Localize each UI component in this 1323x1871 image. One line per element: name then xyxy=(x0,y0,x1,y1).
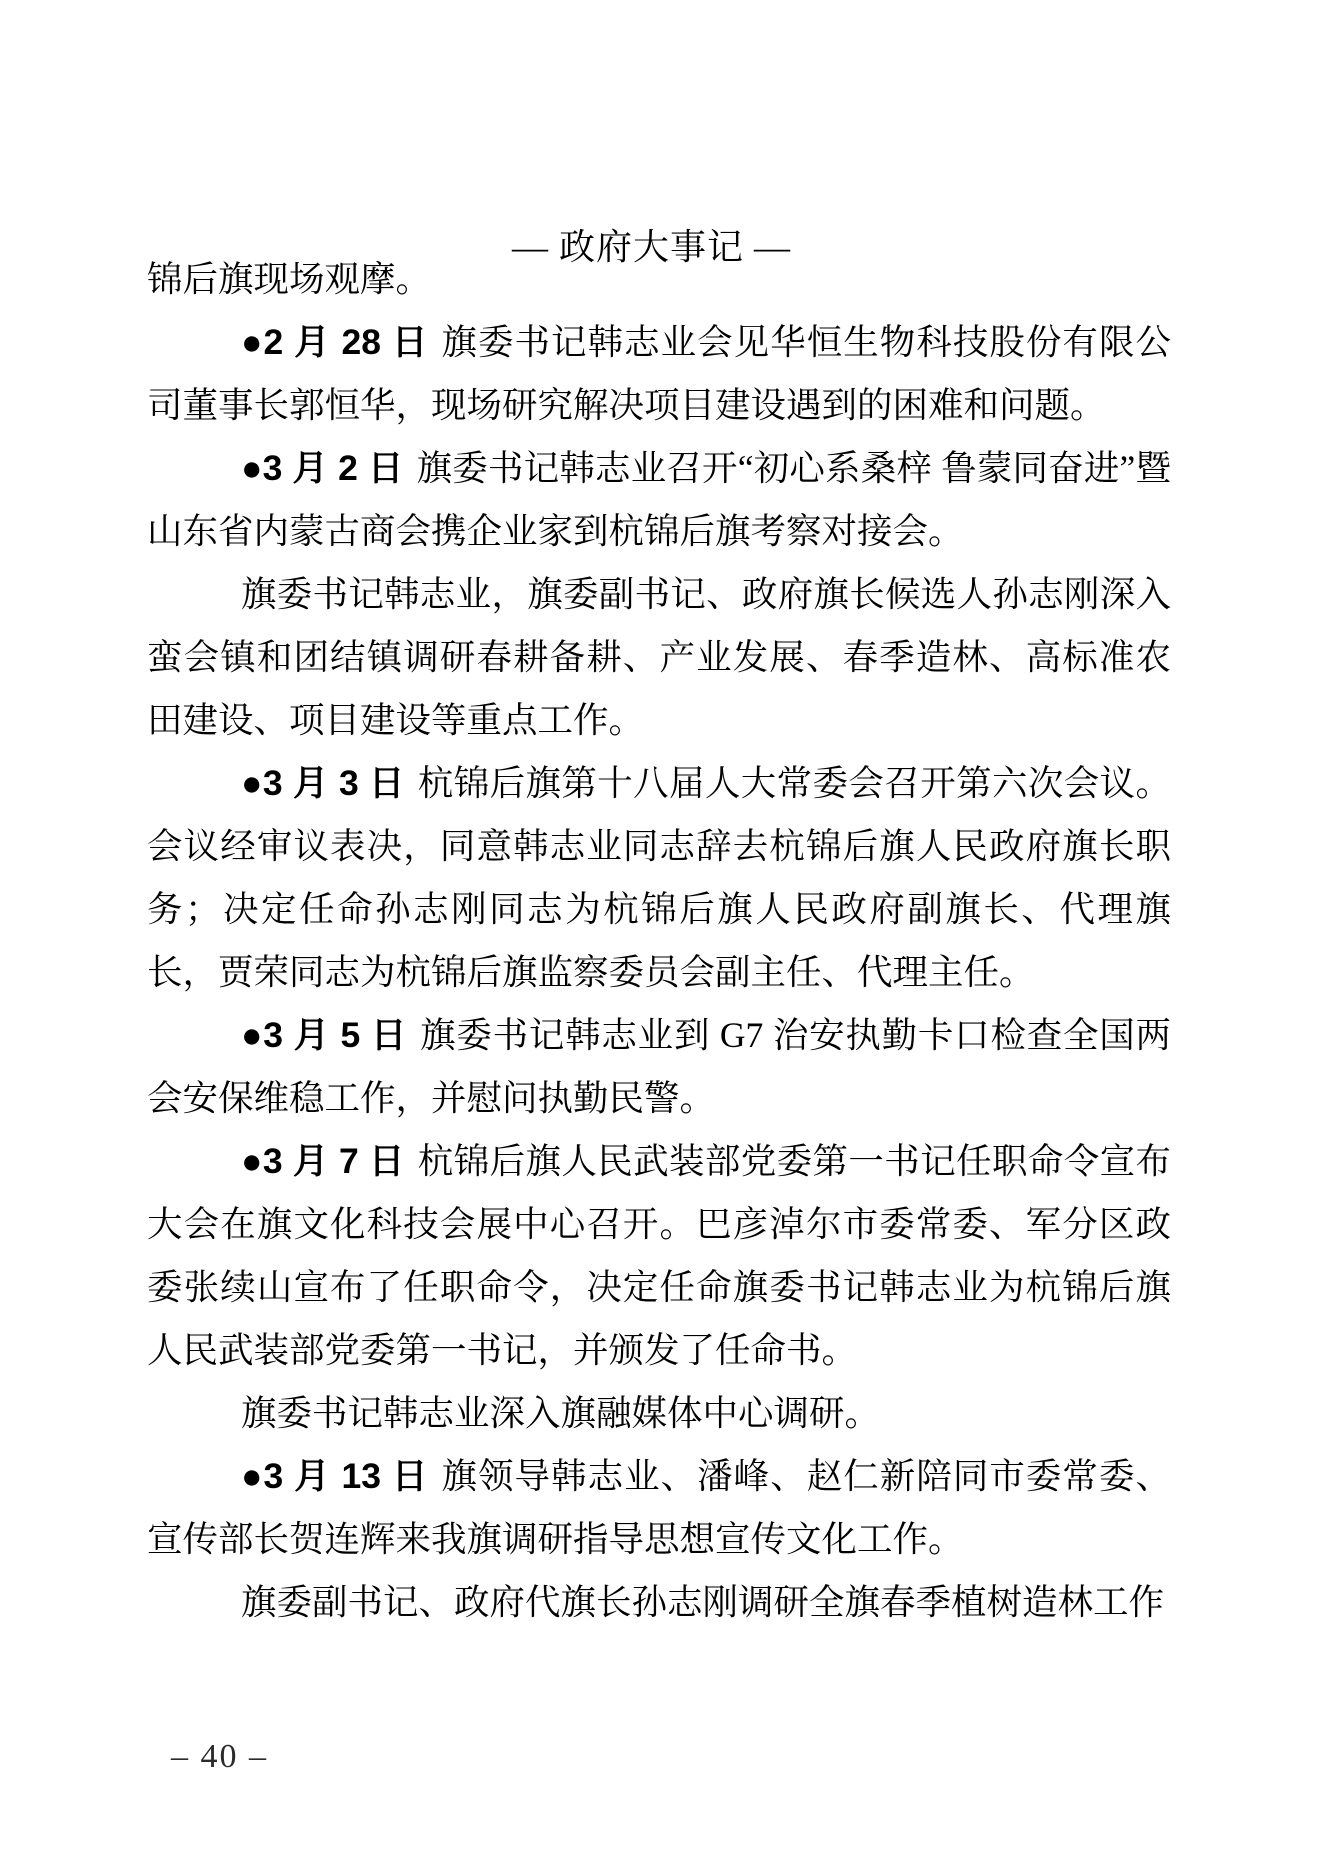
event-entry: ●3 月 13 日旗领导韩志业、潘峰、赵仁新陪同市委常委、宣传部长贺连辉来我旗调… xyxy=(147,1445,1171,1571)
body-paragraph: 旗委书记韩志业，旗委副书记、政府旗长候选人孙志刚深入蛮会镇和团结镇调研春耕备耕、… xyxy=(147,563,1171,752)
event-date: ●2 月 28 日 xyxy=(241,322,428,362)
body-paragraph: 旗委书记韩志业深入旗融媒体中心调研。 xyxy=(147,1382,1171,1445)
bullet-icon: ● xyxy=(241,1141,263,1181)
bullet-icon: ● xyxy=(241,763,263,803)
paragraph-text: 旗委副书记、政府代旗长孙志刚调研全旗春季植树造林工作 xyxy=(241,1582,1164,1622)
paragraph-text: 旗委书记韩志业，旗委副书记、政府旗长候选人孙志刚深入蛮会镇和团结镇调研春耕备耕、… xyxy=(147,574,1171,740)
page-number: – 40 – xyxy=(171,1740,268,1774)
event-entry: ●2 月 28 日旗委书记韩志业会见华恒生物科技股份有限公司董事长郭恒华，现场研… xyxy=(147,311,1171,437)
document-page: — 政府大事记 — 锦后旗现场观摩。 ●2 月 28 日旗委书记韩志业会见华恒生… xyxy=(0,0,1323,1871)
bullet-icon: ● xyxy=(241,1456,263,1496)
body-paragraph: 旗委副书记、政府代旗长孙志刚调研全旗春季植树造林工作 xyxy=(147,1571,1171,1634)
bullet-icon: ● xyxy=(241,448,263,488)
event-date: ●3 月 13 日 xyxy=(241,1456,428,1496)
continuation-paragraph: 锦后旗现场观摩。 xyxy=(147,248,1171,311)
event-date: ●3 月 3 日 xyxy=(241,763,405,803)
event-date: ●3 月 2 日 xyxy=(241,448,404,488)
event-date-text: 3 月 7 日 xyxy=(263,1141,405,1181)
event-date-text: 3 月 3 日 xyxy=(263,763,405,803)
event-entry: ●3 月 3 日杭锦后旗第十八届人大常委会召开第六次会议。会议经审议表决，同意韩… xyxy=(147,752,1171,1004)
event-date-text: 3 月 2 日 xyxy=(263,448,404,488)
paragraph-text: 旗委书记韩志业深入旗融媒体中心调研。 xyxy=(241,1393,880,1433)
event-date-text: 3 月 5 日 xyxy=(263,1015,407,1055)
event-date: ●3 月 7 日 xyxy=(241,1141,405,1181)
bullet-icon: ● xyxy=(241,1015,263,1055)
document-body: 锦后旗现场观摩。 ●2 月 28 日旗委书记韩志业会见华恒生物科技股份有限公司董… xyxy=(147,248,1171,1634)
event-entry: ●3 月 7 日杭锦后旗人民武装部党委第一书记任职命令宣布大会在旗文化科技会展中… xyxy=(147,1130,1171,1382)
bullet-icon: ● xyxy=(241,322,263,362)
event-entry: ●3 月 2 日旗委书记韩志业召开“初心系桑梓 鲁蒙同奋进”暨山东省内蒙古商会携… xyxy=(147,437,1171,563)
paragraph-text: 锦后旗现场观摩。 xyxy=(147,259,431,299)
event-date-text: 3 月 13 日 xyxy=(263,1456,428,1496)
event-date-text: 2 月 28 日 xyxy=(263,322,428,362)
event-entry: ●3 月 5 日旗委书记韩志业到 G7 治安执勤卡口检查全国两会安保维稳工作，并… xyxy=(147,1004,1171,1130)
event-date: ●3 月 5 日 xyxy=(241,1015,407,1055)
